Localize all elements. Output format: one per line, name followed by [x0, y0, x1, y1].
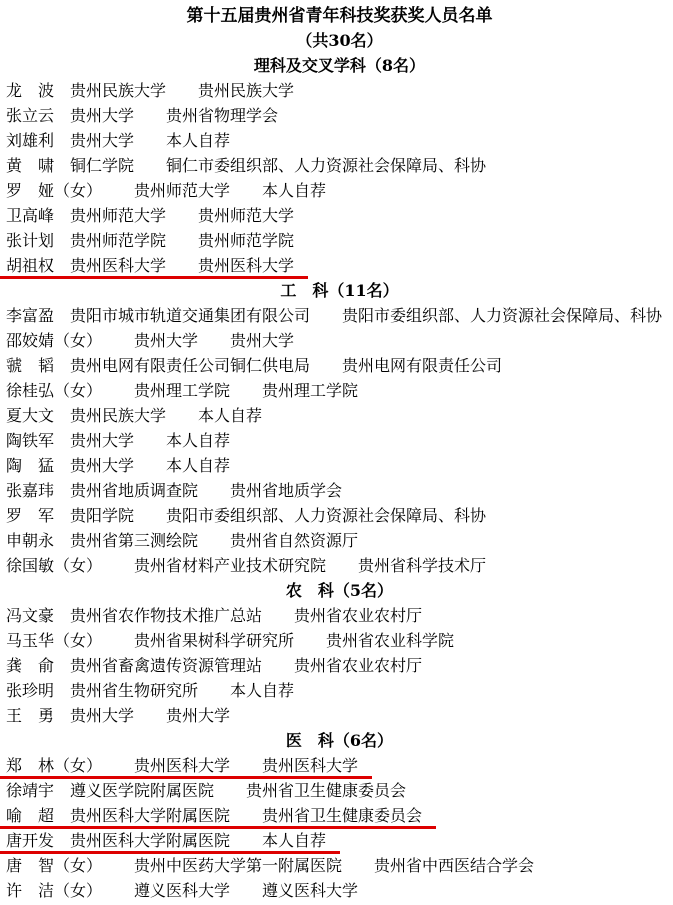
- work-unit: 贵州医科大学附属医院: [70, 831, 230, 850]
- nominating-unit: 贵州医科大学: [198, 256, 294, 275]
- name-block: 邵姣婧（女）: [6, 328, 134, 353]
- work-unit: 贵州省生物研究所: [70, 681, 198, 700]
- row-line: 罗 军贵阳学院贵阳市委组织部、人力资源社会保障局、科协: [0, 503, 486, 526]
- work-unit: 贵阳学院: [70, 506, 134, 525]
- name-block: 夏大文: [6, 403, 70, 428]
- name-block: 郑 林（女）: [6, 753, 134, 778]
- nominating-unit: 贵州师范学院: [198, 231, 294, 250]
- work-unit: 贵州师范大学: [70, 206, 166, 225]
- table-row: 胡祖权贵州医科大学贵州医科大学: [6, 253, 673, 278]
- awardee-name: 龚 俞: [6, 656, 54, 675]
- nominating-unit: 贵州省地质学会: [230, 481, 342, 500]
- name-block: 唐 智（女）: [6, 853, 134, 878]
- table-row: 黄 啸铜仁学院铜仁市委组织部、人力资源社会保障局、科协: [6, 153, 673, 178]
- table-row: 许 洁（女）遵义医科大学遵义医科大学: [6, 878, 673, 903]
- sections-container: 理科及交叉学科（8名）龙 波贵州民族大学贵州民族大学张立云贵州大学贵州省物理学会…: [6, 53, 673, 903]
- nominating-unit: 贵州大学: [166, 706, 230, 725]
- row-line: 陶 猛贵州大学本人自荐: [0, 453, 230, 476]
- row-line: 徐靖宇遵义医学院附属医院贵州省卫生健康委员会: [0, 778, 406, 801]
- nominating-unit: 贵州省科学技术厅: [358, 556, 486, 575]
- name-block: 唐开发: [6, 828, 70, 853]
- awardee-name: 喻 超: [6, 806, 54, 825]
- awardee-name: 罗 娅: [6, 181, 54, 200]
- work-unit: 贵州省畜禽遗传资源管理站: [70, 656, 262, 675]
- table-row: 徐桂弘（女）贵州理工学院贵州理工学院: [6, 378, 673, 403]
- nominating-unit: 贵州省物理学会: [166, 106, 278, 125]
- row-line: 徐国敏（女）贵州省材料产业技术研究院贵州省科学技术厅: [0, 553, 486, 576]
- row-line: 唐 智（女）贵州中医药大学第一附属医院贵州省中西医结合学会: [0, 853, 534, 876]
- work-unit: 贵州省农作物技术推广总站: [70, 606, 262, 625]
- row-line: 张计划贵州师范学院贵州师范学院: [0, 228, 294, 251]
- nominating-unit: 遵义医科大学: [262, 881, 358, 900]
- work-unit: 贵州医科大学: [134, 756, 230, 775]
- table-row: 张立云贵州大学贵州省物理学会: [6, 103, 673, 128]
- row-line: 黄 啸铜仁学院铜仁市委组织部、人力资源社会保障局、科协: [0, 153, 486, 176]
- awardee-name: 胡祖权: [6, 256, 54, 275]
- awardee-name: 虢 韬: [6, 356, 54, 375]
- nominating-unit: 贵州理工学院: [262, 381, 358, 400]
- name-block: 徐国敏（女）: [6, 553, 134, 578]
- table-row: 徐靖宇遵义医学院附属医院贵州省卫生健康委员会: [6, 778, 673, 803]
- nominating-unit: 本人自荐: [198, 406, 262, 425]
- awardee-name: 李富盈: [6, 306, 54, 325]
- name-block: 李富盈: [6, 303, 70, 328]
- awardee-name: 龙 波: [6, 81, 54, 100]
- row-line: 夏大文贵州民族大学本人自荐: [0, 403, 262, 426]
- name-block: 罗 军: [6, 503, 70, 528]
- work-unit: 贵州大学: [70, 106, 134, 125]
- table-row: 陶铁军贵州大学本人自荐: [6, 428, 673, 453]
- row-line: 申朝永贵州省第三测绘院贵州省自然资源厅: [0, 528, 358, 551]
- awardee-name: 陶铁军: [6, 431, 54, 450]
- female-marker: （女）: [54, 631, 102, 650]
- row-line: 张嘉玮贵州省地质调查院贵州省地质学会: [0, 478, 342, 501]
- table-row: 虢 韬贵州电网有限责任公司铜仁供电局贵州电网有限责任公司: [6, 353, 673, 378]
- table-row: 罗 娅（女）贵州师范大学本人自荐: [6, 178, 673, 203]
- name-block: 喻 超: [6, 803, 70, 828]
- row-line: 张珍明贵州省生物研究所本人自荐: [0, 678, 294, 701]
- name-block: 张计划: [6, 228, 70, 253]
- nominating-unit: 贵州省卫生健康委员会: [262, 806, 422, 825]
- work-unit: 贵州理工学院: [134, 381, 230, 400]
- name-block: 卫高峰: [6, 203, 70, 228]
- table-row: 龙 波贵州民族大学贵州民族大学: [6, 78, 673, 103]
- name-block: 徐靖宇: [6, 778, 70, 803]
- work-unit: 贵州大学: [70, 431, 134, 450]
- work-unit: 贵州民族大学: [70, 81, 166, 100]
- nominating-unit: 贵阳市委组织部、人力资源社会保障局、科协: [166, 506, 486, 525]
- awardee-name: 郑 林: [6, 756, 54, 775]
- row-line: 张立云贵州大学贵州省物理学会: [0, 103, 278, 126]
- table-row: 龚 俞贵州省畜禽遗传资源管理站贵州省农业农村厅: [6, 653, 673, 678]
- row-line: 许 洁（女）遵义医科大学遵义医科大学: [0, 878, 358, 901]
- work-unit: 贵州省果树科学研究所: [134, 631, 294, 650]
- female-marker: （女）: [54, 556, 102, 575]
- table-row: 徐国敏（女）贵州省材料产业技术研究院贵州省科学技术厅: [6, 553, 673, 578]
- work-unit: 贵州省材料产业技术研究院: [134, 556, 326, 575]
- row-line-red-underlined: 喻 超贵州医科大学附属医院贵州省卫生健康委员会: [0, 803, 436, 829]
- awardee-name: 冯文豪: [6, 606, 54, 625]
- nominating-unit: 贵州民族大学: [198, 81, 294, 100]
- row-line: 卫高峰贵州师范大学贵州师范大学: [0, 203, 294, 226]
- nominating-unit: 铜仁市委组织部、人力资源社会保障局、科协: [166, 156, 486, 175]
- table-row: 张计划贵州师范学院贵州师范学院: [6, 228, 673, 253]
- nominating-unit: 贵州省农业农村厅: [294, 606, 422, 625]
- name-block: 陶 猛: [6, 453, 70, 478]
- award-section: 理科及交叉学科（8名）龙 波贵州民族大学贵州民族大学张立云贵州大学贵州省物理学会…: [6, 53, 673, 278]
- row-line: 罗 娅（女）贵州师范大学本人自荐: [0, 178, 326, 201]
- table-row: 李富盈贵阳市城市轨道交通集团有限公司贵阳市委组织部、人力资源社会保障局、科协: [6, 303, 673, 328]
- section-heading: 理科及交叉学科（8名）: [6, 53, 673, 78]
- table-row: 刘雄利贵州大学本人自荐: [6, 128, 673, 153]
- section-heading: 工 科（11名）: [6, 278, 673, 303]
- work-unit: 贵州省地质调查院: [70, 481, 198, 500]
- row-line: 邵姣婧（女）贵州大学贵州大学: [0, 328, 294, 351]
- nominating-unit: 贵州省卫生健康委员会: [246, 781, 406, 800]
- name-block: 马玉华（女）: [6, 628, 134, 653]
- name-block: 虢 韬: [6, 353, 70, 378]
- awardee-name: 唐 智: [6, 856, 54, 875]
- work-unit: 贵州大学: [134, 331, 198, 350]
- table-row: 张珍明贵州省生物研究所本人自荐: [6, 678, 673, 703]
- awardee-name: 邵姣婧: [6, 331, 54, 350]
- nominating-unit: 本人自荐: [166, 431, 230, 450]
- awardee-name: 徐桂弘: [6, 381, 54, 400]
- awardee-name: 王 勇: [6, 706, 54, 725]
- row-line: 冯文豪贵州省农作物技术推广总站贵州省农业农村厅: [0, 603, 422, 626]
- work-unit: 贵州师范学院: [70, 231, 166, 250]
- work-unit: 贵州大学: [70, 706, 134, 725]
- awardee-name: 徐靖宇: [6, 781, 54, 800]
- table-row: 冯文豪贵州省农作物技术推广总站贵州省农业农村厅: [6, 603, 673, 628]
- table-row: 郑 林（女）贵州医科大学贵州医科大学: [6, 753, 673, 778]
- section-heading: 医 科（6名）: [6, 728, 673, 753]
- document-subtitle: （共30名）: [6, 29, 673, 53]
- table-row: 喻 超贵州医科大学附属医院贵州省卫生健康委员会: [6, 803, 673, 828]
- name-block: 张立云: [6, 103, 70, 128]
- table-row: 张嘉玮贵州省地质调查院贵州省地质学会: [6, 478, 673, 503]
- awardee-name: 张嘉玮: [6, 481, 54, 500]
- row-line-red-underlined: 胡祖权贵州医科大学贵州医科大学: [0, 253, 308, 279]
- row-line: 王 勇贵州大学贵州大学: [0, 703, 230, 726]
- awardee-name: 张珍明: [6, 681, 54, 700]
- awardee-name: 张立云: [6, 106, 54, 125]
- table-row: 卫高峰贵州师范大学贵州师范大学: [6, 203, 673, 228]
- name-block: 冯文豪: [6, 603, 70, 628]
- work-unit: 贵阳市城市轨道交通集团有限公司: [70, 306, 310, 325]
- awardee-name: 徐国敏: [6, 556, 54, 575]
- work-unit: 遵义医科大学: [134, 881, 230, 900]
- nominating-unit: 贵州大学: [230, 331, 294, 350]
- nominating-unit: 贵阳市委组织部、人力资源社会保障局、科协: [342, 306, 662, 325]
- work-unit: 贵州大学: [70, 456, 134, 475]
- awardee-name: 卫高峰: [6, 206, 54, 225]
- awardee-name: 罗 军: [6, 506, 54, 525]
- name-block: 许 洁（女）: [6, 878, 134, 903]
- nominating-unit: 贵州电网有限责任公司: [342, 356, 502, 375]
- female-marker: （女）: [54, 881, 102, 900]
- table-row: 唐 智（女）贵州中医药大学第一附属医院贵州省中西医结合学会: [6, 853, 673, 878]
- name-block: 罗 娅（女）: [6, 178, 134, 203]
- nominating-unit: 本人自荐: [230, 681, 294, 700]
- female-marker: （女）: [54, 381, 102, 400]
- name-block: 王 勇: [6, 703, 70, 728]
- awardee-name: 张计划: [6, 231, 54, 250]
- female-marker: （女）: [54, 331, 102, 350]
- female-marker: （女）: [54, 756, 102, 775]
- work-unit: 贵州医科大学: [70, 256, 166, 275]
- work-unit: 铜仁学院: [70, 156, 134, 175]
- name-block: 张珍明: [6, 678, 70, 703]
- table-row: 邵姣婧（女）贵州大学贵州大学: [6, 328, 673, 353]
- name-block: 刘雄利: [6, 128, 70, 153]
- table-row: 申朝永贵州省第三测绘院贵州省自然资源厅: [6, 528, 673, 553]
- nominating-unit: 贵州省中西医结合学会: [374, 856, 534, 875]
- award-section: 医 科（6名）郑 林（女）贵州医科大学贵州医科大学徐靖宇遵义医学院附属医院贵州省…: [6, 728, 673, 903]
- table-row: 罗 军贵阳学院贵阳市委组织部、人力资源社会保障局、科协: [6, 503, 673, 528]
- name-block: 胡祖权: [6, 253, 70, 278]
- awardee-name: 许 洁: [6, 881, 54, 900]
- table-row: 夏大文贵州民族大学本人自荐: [6, 403, 673, 428]
- award-section: 农 科（5名）冯文豪贵州省农作物技术推广总站贵州省农业农村厅马玉华（女）贵州省果…: [6, 578, 673, 728]
- nominating-unit: 本人自荐: [166, 456, 230, 475]
- work-unit: 贵州医科大学附属医院: [70, 806, 230, 825]
- row-line: 马玉华（女）贵州省果树科学研究所贵州省农业科学院: [0, 628, 454, 651]
- award-document: 第十五届贵州省青年科技奖获奖人员名单 （共30名） 理科及交叉学科（8名）龙 波…: [0, 0, 673, 903]
- work-unit: 贵州大学: [70, 131, 134, 150]
- name-block: 黄 啸: [6, 153, 70, 178]
- row-line: 徐桂弘（女）贵州理工学院贵州理工学院: [0, 378, 358, 401]
- name-block: 徐桂弘（女）: [6, 378, 134, 403]
- table-row: 陶 猛贵州大学本人自荐: [6, 453, 673, 478]
- female-marker: （女）: [54, 856, 102, 875]
- row-line: 陶铁军贵州大学本人自荐: [0, 428, 230, 451]
- work-unit: 贵州民族大学: [70, 406, 166, 425]
- section-heading: 农 科（5名）: [6, 578, 673, 603]
- awardee-name: 唐开发: [6, 831, 54, 850]
- table-row: 王 勇贵州大学贵州大学: [6, 703, 673, 728]
- nominating-unit: 本人自荐: [166, 131, 230, 150]
- row-line: 虢 韬贵州电网有限责任公司铜仁供电局贵州电网有限责任公司: [0, 353, 502, 376]
- name-block: 申朝永: [6, 528, 70, 553]
- work-unit: 贵州师范大学: [134, 181, 230, 200]
- nominating-unit: 贵州医科大学: [262, 756, 358, 775]
- name-block: 张嘉玮: [6, 478, 70, 503]
- awardee-name: 刘雄利: [6, 131, 54, 150]
- row-line: 李富盈贵阳市城市轨道交通集团有限公司贵阳市委组织部、人力资源社会保障局、科协: [0, 303, 662, 326]
- nominating-unit: 贵州师范大学: [198, 206, 294, 225]
- name-block: 龙 波: [6, 78, 70, 103]
- row-line: 龚 俞贵州省畜禽遗传资源管理站贵州省农业农村厅: [0, 653, 422, 676]
- awardee-name: 马玉华: [6, 631, 54, 650]
- nominating-unit: 本人自荐: [262, 831, 326, 850]
- name-block: 龚 俞: [6, 653, 70, 678]
- nominating-unit: 贵州省农业科学院: [326, 631, 454, 650]
- awardee-name: 黄 啸: [6, 156, 54, 175]
- table-row: 马玉华（女）贵州省果树科学研究所贵州省农业科学院: [6, 628, 673, 653]
- document-title: 第十五届贵州省青年科技奖获奖人员名单: [6, 3, 673, 29]
- awardee-name: 陶 猛: [6, 456, 54, 475]
- work-unit: 贵州中医药大学第一附属医院: [134, 856, 342, 875]
- awardee-name: 夏大文: [6, 406, 54, 425]
- award-section: 工 科（11名）李富盈贵阳市城市轨道交通集团有限公司贵阳市委组织部、人力资源社会…: [6, 278, 673, 578]
- table-row: 唐开发贵州医科大学附属医院本人自荐: [6, 828, 673, 853]
- awardee-name: 申朝永: [6, 531, 54, 550]
- female-marker: （女）: [54, 181, 102, 200]
- name-block: 陶铁军: [6, 428, 70, 453]
- nominating-unit: 本人自荐: [262, 181, 326, 200]
- row-line: 龙 波贵州民族大学贵州民族大学: [0, 78, 294, 101]
- work-unit: 遵义医学院附属医院: [70, 781, 214, 800]
- work-unit: 贵州省第三测绘院: [70, 531, 198, 550]
- nominating-unit: 贵州省农业农村厅: [294, 656, 422, 675]
- row-line-red-underlined: 唐开发贵州医科大学附属医院本人自荐: [0, 828, 340, 854]
- work-unit: 贵州电网有限责任公司铜仁供电局: [70, 356, 310, 375]
- row-line: 刘雄利贵州大学本人自荐: [0, 128, 230, 151]
- nominating-unit: 贵州省自然资源厅: [230, 531, 358, 550]
- row-line-red-underlined: 郑 林（女）贵州医科大学贵州医科大学: [0, 753, 372, 779]
